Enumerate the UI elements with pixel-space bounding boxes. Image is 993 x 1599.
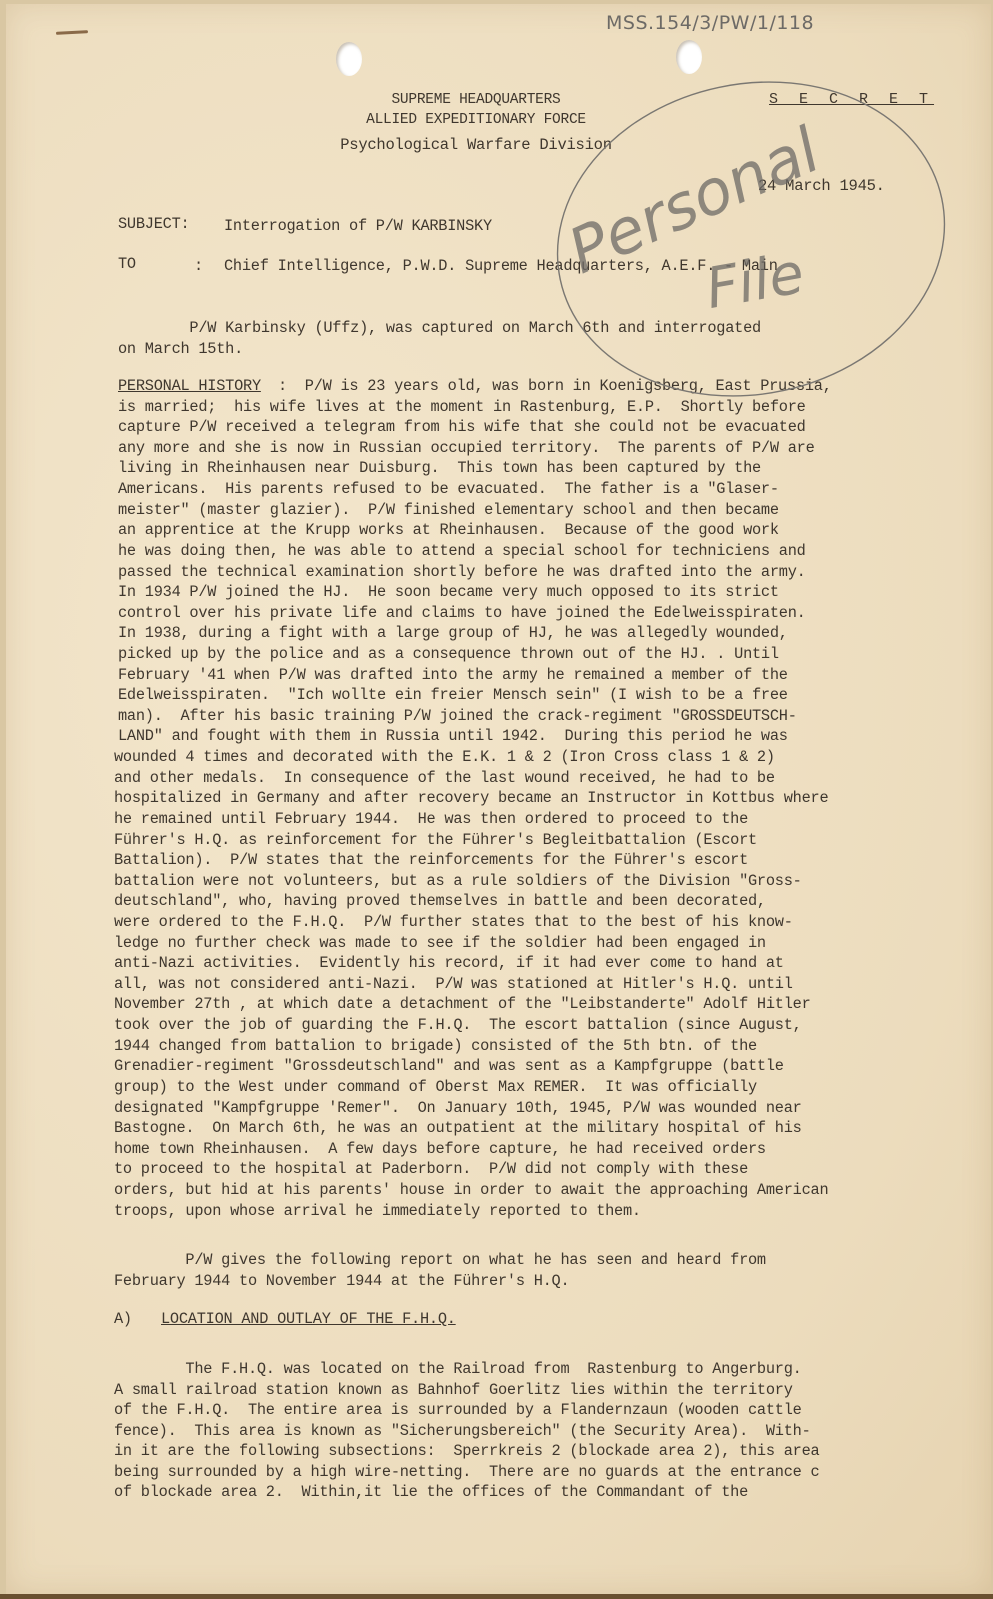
history-line: 1944 changed from battalion to brigade) … <box>114 1036 757 1057</box>
section-a-line: being surrounded by a high wire-netting.… <box>114 1462 819 1483</box>
history-line: man). After his basic training P/W joine… <box>118 706 797 727</box>
section-a-line: A small railroad station known as Bahnho… <box>114 1380 793 1401</box>
history-line: and other medals. In consequence of the … <box>114 768 775 789</box>
history-line: Grenadier-regiment "Grossdeutschland" an… <box>114 1056 784 1077</box>
section-a-line: of the F.H.Q. The entire area is surroun… <box>114 1400 802 1421</box>
subject-label: SUBJECT: <box>118 214 189 235</box>
history-line: ledge no further check was made to see i… <box>114 933 766 954</box>
history-line: group) to the West under command of Ober… <box>114 1077 757 1098</box>
history-line: Battalion). P/W states that the reinforc… <box>114 850 748 871</box>
history-line: passed the technical examination shortly… <box>118 562 806 583</box>
page-bottom-edge <box>0 1594 993 1599</box>
section-a-line: in it are the following subsections: Spe… <box>114 1441 819 1462</box>
history-line: he was doing then, he was able to attend… <box>118 541 806 562</box>
history-line: designated "Kampfgruppe 'Remer". On Janu… <box>114 1098 802 1119</box>
history-line: troops, upon whose arrival he immediatel… <box>114 1201 641 1222</box>
history-line: In 1934 P/W joined the HJ. He soon becam… <box>118 582 779 603</box>
history-line: November 27th , at which date a detachme… <box>114 994 811 1015</box>
history-line: all, was not considered anti-Nazi. P/W w… <box>114 974 793 995</box>
section-a-line: fence). This area is known as "Sicherung… <box>114 1421 811 1442</box>
archive-reference: MSS.154/3/PW/1/118 <box>606 12 814 34</box>
history-line: Bastogne. On March 6th, he was an outpat… <box>114 1118 802 1139</box>
history-line: wounded 4 times and decorated with the E… <box>114 747 775 768</box>
to-label: TO <box>118 254 136 275</box>
history-line: an apprentice at the Krupp works at Rhei… <box>118 520 779 541</box>
history-line: living in Rheinhausen near Duisburg. Thi… <box>118 458 761 479</box>
history-line: he remained until February 1944. He was … <box>114 809 748 830</box>
report-intro-line: P/W gives the following report on what h… <box>114 1250 766 1271</box>
history-line: to proceed to the hospital at Paderborn.… <box>114 1159 748 1180</box>
section-a-title: LOCATION AND OUTLAY OF THE F.H.Q. <box>161 1309 456 1330</box>
history-line: battalion were not volunteers, but as a … <box>114 871 802 892</box>
history-line: meister" (master glazier). P/W finished … <box>118 500 779 521</box>
history-line: picked up by the police and as a consequ… <box>118 644 779 665</box>
section-a-line: of blockade area 2. Within,it lie the of… <box>114 1482 748 1503</box>
to-separator: : <box>194 256 203 277</box>
history-line: took over the job of guarding the F.H.Q.… <box>114 1015 802 1036</box>
document-page: MSS.154/3/PW/1/118 SUPREME HEADQUARTERS … <box>6 4 991 1594</box>
history-line: Edelweisspiraten. "Ich wollte ein freier… <box>118 685 788 706</box>
section-a-label: A) <box>114 1309 132 1330</box>
history-line: In 1938, during a fight with a large gro… <box>118 623 788 644</box>
paper-mark <box>56 30 88 35</box>
section-a-line: The F.H.Q. was located on the Railroad f… <box>114 1359 802 1380</box>
history-line: Americans. His parents refused to be eva… <box>118 479 779 500</box>
intro-line: on March 15th. <box>118 339 243 360</box>
history-line: deutschland", who, having proved themsel… <box>114 891 766 912</box>
history-line: hospitalized in Germany and after recove… <box>114 788 828 809</box>
history-line: Führer's H.Q. as reinforcement for the F… <box>114 830 757 851</box>
punch-hole-left <box>336 42 362 76</box>
history-line: anti-Nazi activities. Evidently his reco… <box>114 953 784 974</box>
history-line: orders, but hid at his parents' house in… <box>114 1180 828 1201</box>
subject-value: Interrogation of P/W KARBINSKY <box>224 216 492 237</box>
history-line: control over his private life and claims… <box>118 603 806 624</box>
personal-history-heading: PERSONAL HISTORY <box>118 376 261 397</box>
history-line: were ordered to the F.H.Q. P/W further s… <box>114 912 793 933</box>
report-intro-line: February 1944 to November 1944 at the Fü… <box>114 1271 569 1292</box>
history-line: LAND" and fought with them in Russia unt… <box>118 726 788 747</box>
history-line: home town Rheinhausen. A few days before… <box>114 1139 766 1160</box>
history-line: any more and she is now in Russian occup… <box>118 438 815 459</box>
history-line: February '41 when P/W was drafted into t… <box>118 665 788 686</box>
